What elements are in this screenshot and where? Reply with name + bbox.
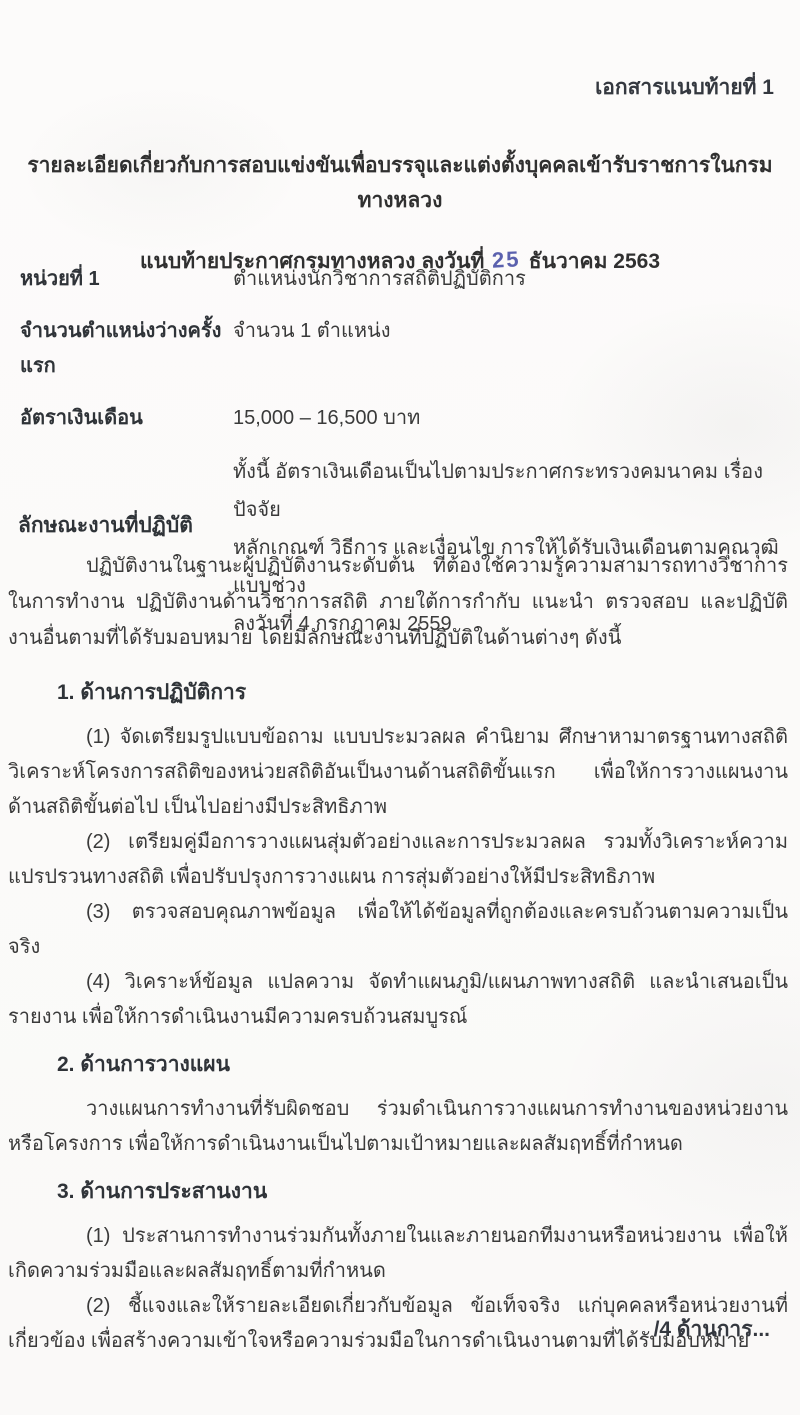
salary-label: อัตราเงินเดือน (20, 401, 233, 436)
salary-note-line1: ทั้งนี้ อัตราเงินเดือนเป็นไปตามประกาศกระ… (233, 453, 788, 529)
info-row-unit: หน่วยที่ 1 ตำแหน่งนักวิชาการสถิติปฏิบัติ… (20, 262, 788, 297)
attachment-corner-label: เอกสารแนบท้ายที่ 1 (595, 70, 774, 105)
info-row-salary: อัตราเงินเดือน 15,000 – 16,500 บาท (20, 401, 788, 436)
document-title-block: รายละเอียดเกี่ยวกับการสอบแข่งขันเพื่อบรร… (0, 148, 800, 279)
page-continuation-note: /4 ด้านการ... (654, 1312, 770, 1347)
section-operations-item-3: (3) ตรวจสอบคุณภาพข้อมูล เพื่อให้ได้ข้อมู… (8, 895, 788, 965)
unit-value: ตำแหน่งนักวิชาการสถิติปฏิบัติการ (233, 262, 788, 297)
duties-intro-paragraph: ปฏิบัติงานในฐานะผู้ปฏิบัติงานระดับต้น ที… (8, 548, 788, 656)
document-title-line1: รายละเอียดเกี่ยวกับการสอบแข่งขันเพื่อบรร… (0, 148, 800, 218)
section-planning-title: 2. ด้านการวางแผน (57, 1047, 800, 1082)
vacancies-value: จำนวน 1 ตำแหน่ง (233, 314, 788, 349)
section-coordination-item-1: (1) ประสานการทำงานร่วมกันทั้งภายในและภาย… (8, 1219, 788, 1289)
scanned-document-page: เอกสารแนบท้ายที่ 1 รายละเอียดเกี่ยวกับกา… (0, 0, 800, 1415)
section-planning: 2. ด้านการวางแผน วางแผนการทำงานที่รับผิด… (0, 1047, 800, 1162)
section-operations-item-4: (4) วิเคราะห์ข้อมูล แปลความ จัดทำแผนภูมิ… (8, 965, 788, 1035)
section-coordination-title: 3. ด้านการประสานงาน (57, 1174, 800, 1209)
section-planning-item-1: วางแผนการทำงานที่รับผิดชอบ ร่วมดำเนินการ… (8, 1092, 788, 1162)
section-operations-title: 1. ด้านการปฏิบัติการ (57, 675, 800, 710)
section-operations: 1. ด้านการปฏิบัติการ (1) จัดเตรียมรูปแบบ… (0, 675, 800, 1035)
section-operations-item-2: (2) เตรียมคู่มือการวางแผนสุ่มตัวอย่างและ… (8, 825, 788, 895)
duties-section-heading: ลักษณะงานที่ปฏิบัติ (18, 508, 193, 543)
section-operations-item-1: (1) จัดเตรียมรูปแบบข้อถาม แบบประมวลผล คำ… (8, 720, 788, 825)
info-row-vacancies: จำนวนตำแหน่งว่างครั้งแรก จำนวน 1 ตำแหน่ง (20, 314, 788, 384)
unit-label: หน่วยที่ 1 (20, 262, 233, 297)
salary-value: 15,000 – 16,500 บาท (233, 401, 788, 436)
duties-sections: 1. ด้านการปฏิบัติการ (1) จัดเตรียมรูปแบบ… (0, 663, 800, 1368)
vacancies-label: จำนวนตำแหน่งว่างครั้งแรก (20, 314, 233, 384)
